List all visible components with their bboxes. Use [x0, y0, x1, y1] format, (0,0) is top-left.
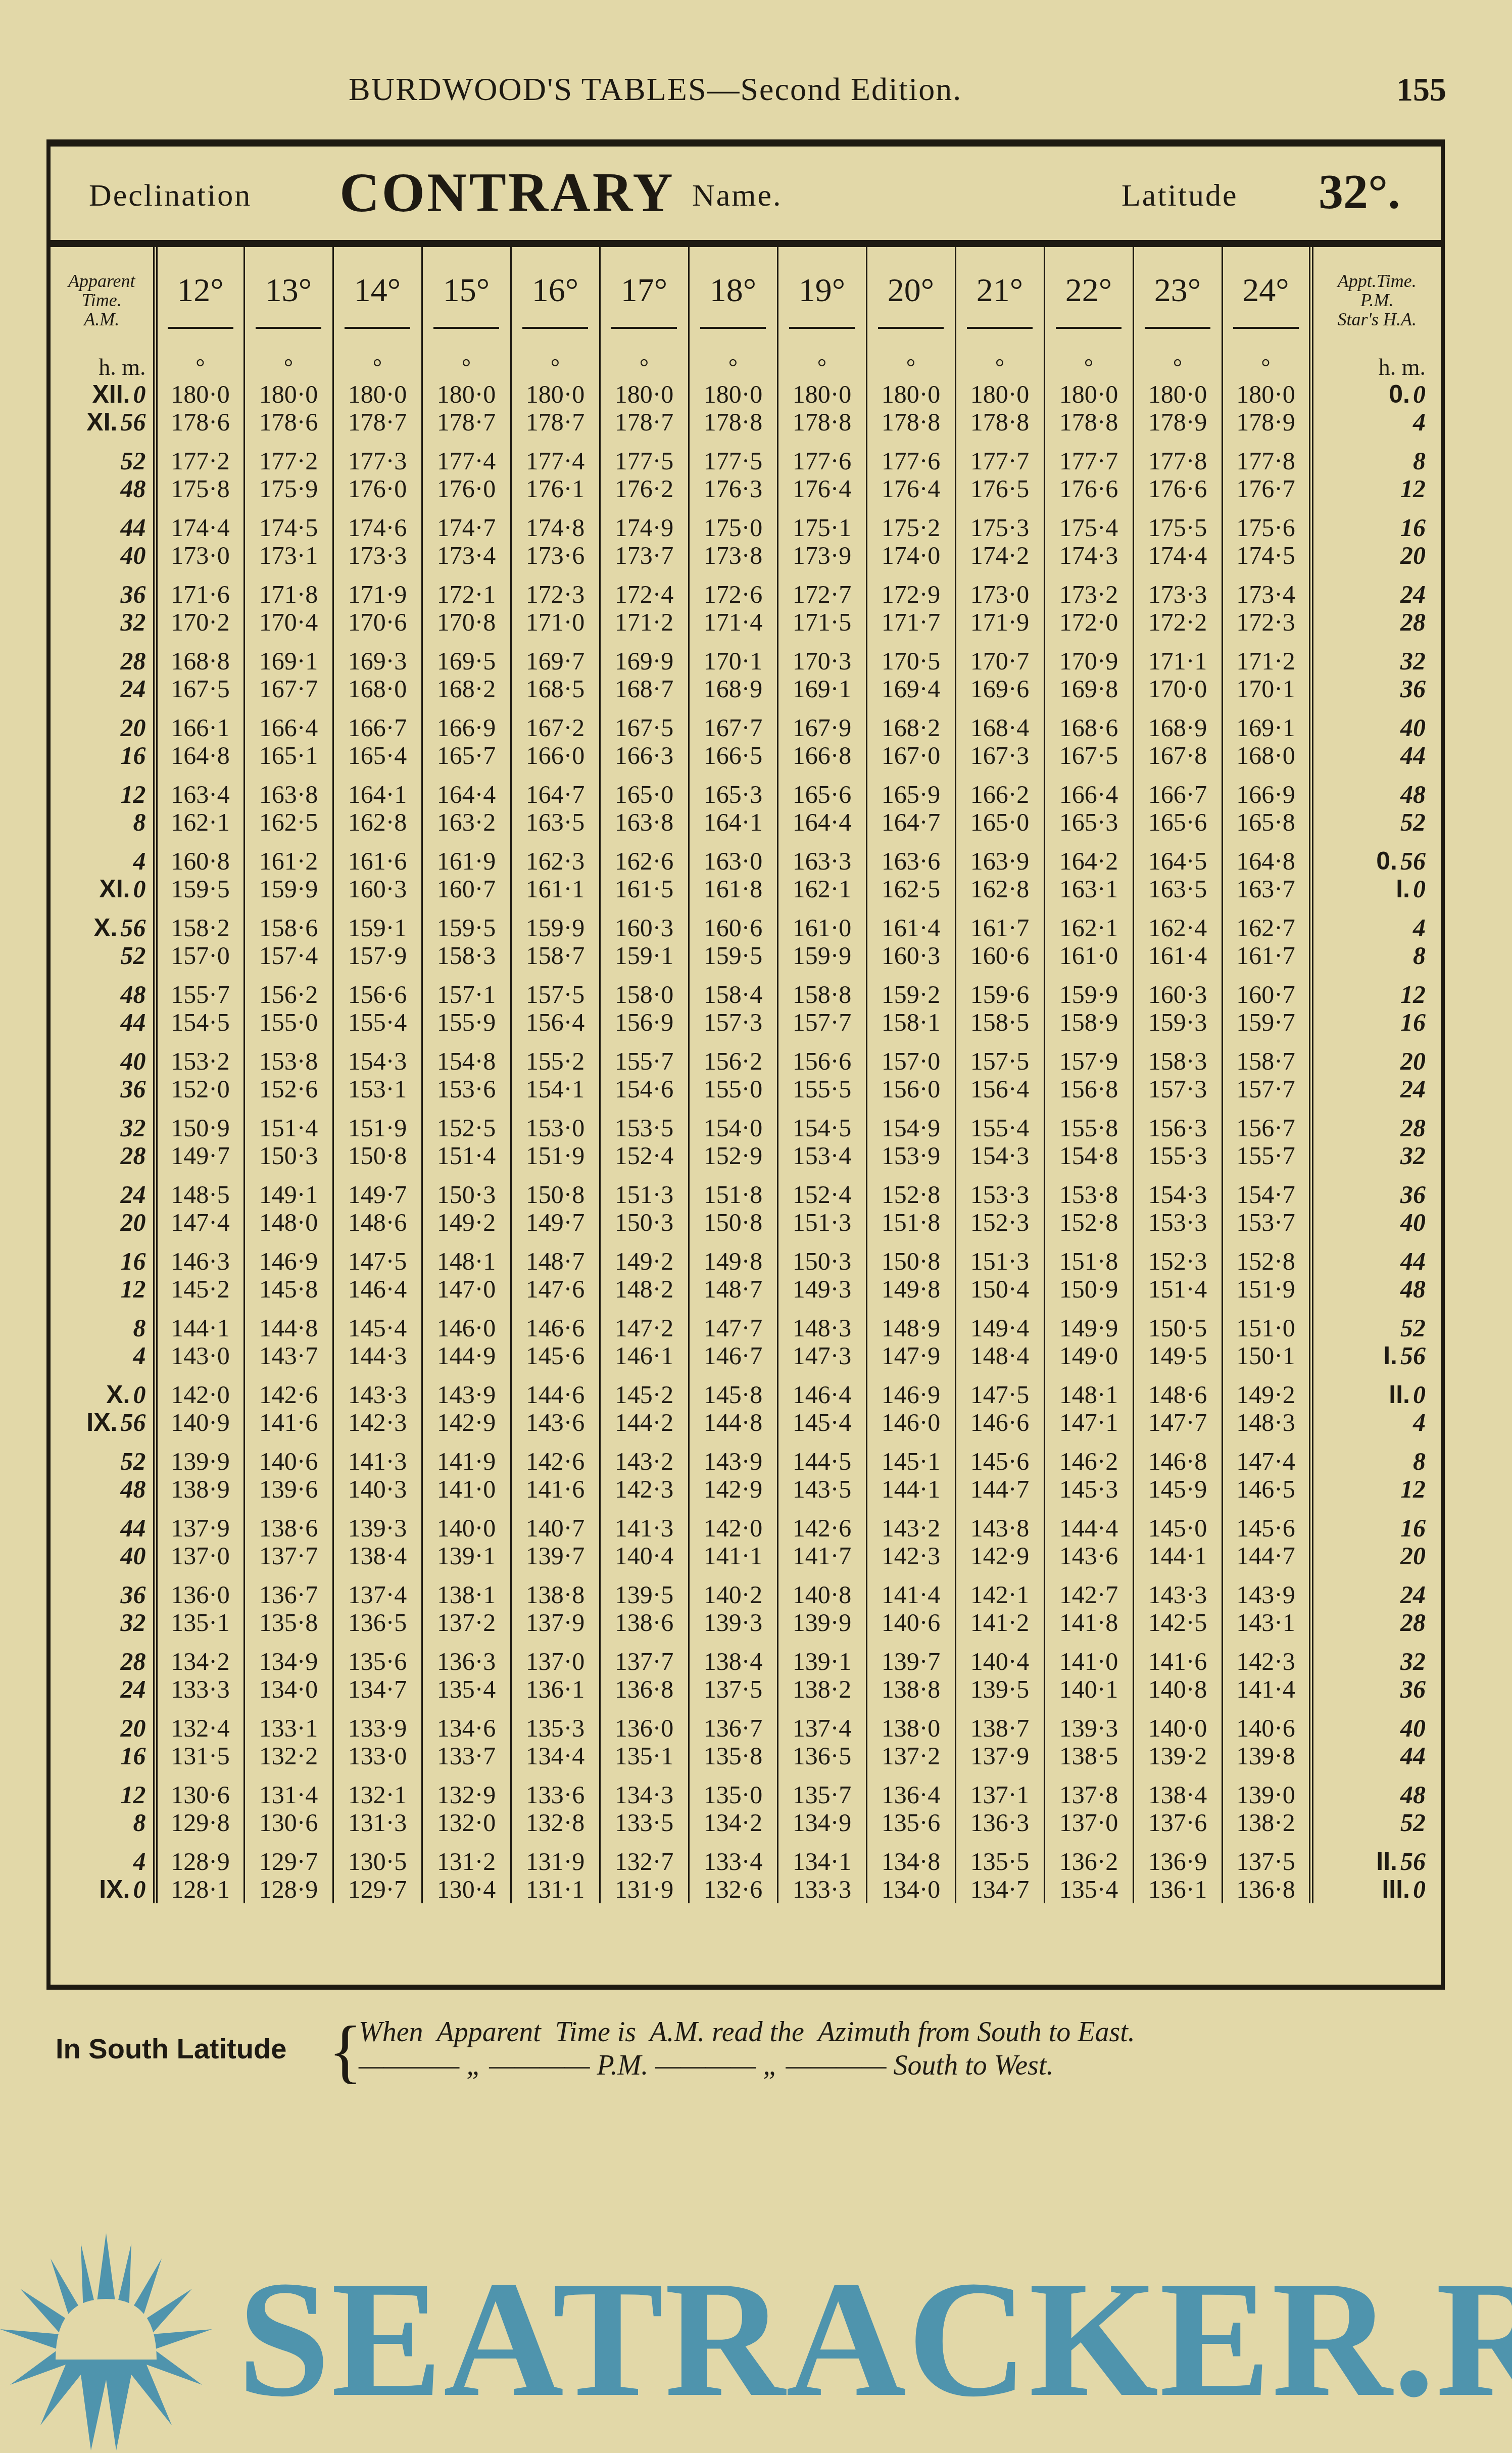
am-minute: 56	[121, 408, 146, 436]
pm-hour: III.	[1382, 1875, 1410, 1903]
azimuth-cell: 149·2	[600, 1236, 689, 1275]
azimuth-cell: 151·0	[1222, 1303, 1311, 1342]
azimuth-cell: 157·3	[689, 1008, 777, 1036]
azimuth-cell: 172·9	[866, 569, 955, 608]
azimuth-cell: 140·3	[333, 1475, 422, 1503]
declination-value: 16°	[532, 272, 578, 309]
declination-name: CONTRARY	[339, 161, 675, 225]
azimuth-cell: 163·2	[422, 808, 511, 836]
am-minute: 16	[121, 741, 146, 769]
azimuth-cell: 176·6	[1044, 475, 1133, 503]
azimuth-cell: 174·6	[333, 503, 422, 542]
pm-minute: 48	[1400, 1781, 1426, 1809]
am-minute: 20	[121, 713, 146, 742]
azimuth-cell: 145·2	[155, 1275, 244, 1303]
azimuth-cell: 136·3	[955, 1809, 1044, 1837]
am-minute: 8	[133, 1808, 146, 1837]
azimuth-cell: 162·5	[866, 875, 955, 903]
am-time-cell: 8	[51, 1303, 155, 1342]
azimuth-cell: 137·9	[511, 1609, 600, 1637]
degree-unit: °	[600, 353, 689, 380]
pm-hour: I.	[1396, 875, 1410, 903]
pm-minute: 0	[1413, 1875, 1426, 1903]
azimuth-cell: 146·9	[866, 1370, 955, 1409]
azimuth-cell: 136·1	[1133, 1875, 1222, 1903]
azimuth-cell: 145·2	[600, 1370, 689, 1409]
am-time-cell: 48	[51, 970, 155, 1008]
azimuth-cell: 178·6	[155, 408, 244, 436]
azimuth-cell: 166·9	[1222, 769, 1311, 808]
azimuth-cell: 133·7	[422, 1742, 511, 1770]
azimuth-cell: 149·2	[422, 1209, 511, 1236]
azimuth-cell: 174·4	[1133, 542, 1222, 569]
footnote-label: In South Latitude	[56, 2032, 286, 2065]
pm-minute: 36	[1400, 1675, 1426, 1703]
azimuth-cell: 177·4	[422, 436, 511, 475]
pm-minute: 40	[1400, 1714, 1426, 1742]
azimuth-cell: 167·7	[689, 703, 777, 742]
azimuth-cell: 144·8	[244, 1303, 333, 1342]
azimuth-cell: 135·8	[244, 1609, 333, 1637]
azimuth-cell: 134·7	[333, 1675, 422, 1703]
table-row: 28168·8169·1169·3169·5169·7169·9170·1170…	[51, 636, 1441, 675]
azimuth-cell: 135·3	[511, 1703, 600, 1742]
azimuth-cell: 139·3	[689, 1609, 777, 1637]
azimuth-cell: 176·0	[333, 475, 422, 503]
azimuth-cell: 173·6	[511, 542, 600, 569]
azimuth-cell: 162·7	[1222, 903, 1311, 942]
azimuth-cell: 151·3	[955, 1236, 1044, 1275]
am-time-cell: 28	[51, 636, 155, 675]
azimuth-cell: 141·1	[689, 1542, 777, 1570]
azimuth-cell: 171·6	[155, 569, 244, 608]
table-row: 36136·0136·7137·4138·1138·8139·5140·2140…	[51, 1570, 1441, 1609]
header-rule	[1145, 327, 1210, 329]
azimuth-cell: 135·4	[1044, 1875, 1133, 1903]
azimuth-cell: 163·8	[244, 769, 333, 808]
pm-hour: 0.	[1389, 380, 1410, 408]
am-time-cell: 44	[51, 1503, 155, 1542]
pm-time-cell: 4	[1311, 903, 1441, 942]
azimuth-cell: 142·7	[1044, 1570, 1133, 1609]
azimuth-cell: 172·7	[777, 569, 866, 608]
azimuth-cell: 131·9	[511, 1837, 600, 1875]
declination-column-header: 12°	[155, 247, 244, 353]
pm-minute: 52	[1400, 1808, 1426, 1837]
azimuth-cell: 171·8	[244, 569, 333, 608]
azimuth-cell: 156·7	[1222, 1103, 1311, 1142]
azimuth-cell: 160·6	[955, 942, 1044, 970]
azimuth-cell: 164·4	[777, 808, 866, 836]
table-row: 8144·1144·8145·4146·0146·6147·2147·7148·…	[51, 1303, 1441, 1342]
azimuth-cell: 168·6	[1044, 703, 1133, 742]
units-row: h. m. °°°°°°°°°°°°°h. m.	[51, 353, 1441, 380]
am-minute: 44	[121, 1008, 146, 1036]
azimuth-cell: 159·1	[333, 903, 422, 942]
am-time-cell: 20	[51, 1209, 155, 1236]
pm-hour: 0.	[1376, 847, 1397, 875]
am-minute: 32	[121, 608, 146, 636]
pm-minute: 12	[1400, 1475, 1426, 1503]
am-minute: 52	[121, 1447, 146, 1475]
table-row: 32135·1135·8136·5137·2137·9138·6139·3139…	[51, 1609, 1441, 1637]
pm-time-cell: 48	[1311, 769, 1441, 808]
azimuth-cell: 150·8	[866, 1236, 955, 1275]
azimuth-cell: 169·1	[244, 636, 333, 675]
azimuth-cell: 134·3	[600, 1770, 689, 1809]
table-row: IX.0128·1128·9129·7130·4131·1131·9132·61…	[51, 1875, 1441, 1903]
header-line: Appt.Time.	[1313, 271, 1441, 291]
azimuth-cell: 178·7	[600, 408, 689, 436]
azimuth-cell: 169·4	[866, 675, 955, 703]
azimuth-cell: 151·4	[1133, 1275, 1222, 1303]
pm-minute: 40	[1400, 1208, 1426, 1236]
azimuth-cell: 141·3	[600, 1503, 689, 1542]
azimuth-cell: 139·1	[777, 1637, 866, 1675]
azimuth-cell: 167·0	[866, 742, 955, 769]
pm-minute: 8	[1413, 941, 1426, 970]
azimuth-cell: 140·8	[1133, 1675, 1222, 1703]
azimuth-cell: 159·5	[155, 875, 244, 903]
header-rule	[256, 327, 321, 329]
am-minute: 4	[133, 847, 146, 875]
azimuth-cell: 147·1	[1044, 1409, 1133, 1436]
azimuth-cell: 139·6	[244, 1475, 333, 1503]
degree-unit: °	[1222, 353, 1311, 380]
azimuth-cell: 170·4	[244, 608, 333, 636]
azimuth-cell: 169·1	[1222, 703, 1311, 742]
header-line: Time.	[51, 291, 153, 310]
azimuth-cell: 177·2	[244, 436, 333, 475]
azimuth-cell: 140·4	[955, 1637, 1044, 1675]
pm-minute: 20	[1400, 541, 1426, 569]
azimuth-cell: 152·9	[689, 1142, 777, 1170]
azimuth-cell: 139·3	[1044, 1703, 1133, 1742]
azimuth-cell: 137·4	[777, 1703, 866, 1742]
am-time-cell: 36	[51, 1570, 155, 1609]
azimuth-cell: 144·5	[777, 1436, 866, 1475]
pm-time-cell: II.0	[1311, 1370, 1441, 1409]
azimuth-cell: 178·7	[511, 408, 600, 436]
azimuth-cell: 153·5	[600, 1103, 689, 1142]
azimuth-cell: 158·4	[689, 970, 777, 1008]
azimuth-cell: 136·1	[511, 1675, 600, 1703]
azimuth-cell: 159·9	[1044, 970, 1133, 1008]
azimuth-cell: 168·9	[1133, 703, 1222, 742]
latitude-label: Latitude	[1121, 178, 1238, 214]
azimuth-cell: 156·4	[511, 1008, 600, 1036]
pm-minute: 52	[1400, 1314, 1426, 1342]
am-time-cell: IX.0	[51, 1875, 155, 1903]
azimuth-cell: 178·8	[777, 408, 866, 436]
azimuth-cell: 163·4	[155, 769, 244, 808]
azimuth-cell: 171·5	[777, 608, 866, 636]
azimuth-cell: 158·3	[1133, 1036, 1222, 1075]
pm-minute: 24	[1400, 1075, 1426, 1103]
azimuth-cell: 140·6	[244, 1436, 333, 1475]
pm-minute: 12	[1400, 474, 1426, 503]
azimuth-cell: 138·6	[600, 1609, 689, 1637]
azimuth-cell: 178·6	[244, 408, 333, 436]
azimuth-cell: 180·0	[600, 380, 689, 408]
pm-minute: 44	[1400, 741, 1426, 769]
azimuth-cell: 154·3	[333, 1036, 422, 1075]
table-row: 20166·1166·4166·7166·9167·2167·5167·7167…	[51, 703, 1441, 742]
azimuth-cell: 168·7	[600, 675, 689, 703]
azimuth-cell: 180·0	[1044, 380, 1133, 408]
pm-time-cell: II.56	[1311, 1837, 1441, 1875]
azimuth-cell: 145·8	[244, 1275, 333, 1303]
azimuth-cell: 146·5	[1222, 1475, 1311, 1503]
footnote-line-pm: ———— „ ———— P.M. ———— „ ———— South to We…	[359, 2049, 1053, 2082]
azimuth-cell: 133·5	[600, 1809, 689, 1837]
azimuth-cell: 162·8	[955, 875, 1044, 903]
azimuth-cell: 147·7	[689, 1303, 777, 1342]
azimuth-cell: 142·9	[955, 1542, 1044, 1570]
am-time-cell: 40	[51, 1036, 155, 1075]
am-time-cell: 48	[51, 1475, 155, 1503]
azimuth-cell: 131·9	[600, 1875, 689, 1903]
azimuth-cell: 173·1	[244, 542, 333, 569]
azimuth-cell: 162·6	[600, 836, 689, 875]
azimuth-cell: 173·0	[955, 569, 1044, 608]
am-time-cell: 52	[51, 436, 155, 475]
am-minute: 16	[121, 1247, 146, 1275]
azimuth-cell: 159·3	[1133, 1008, 1222, 1036]
azimuth-cell: 146·0	[866, 1409, 955, 1436]
azimuth-cell: 156·2	[689, 1036, 777, 1075]
azimuth-cell: 145·4	[333, 1303, 422, 1342]
azimuth-cell: 139·5	[955, 1675, 1044, 1703]
azimuth-cell: 152·8	[1044, 1209, 1133, 1236]
azimuth-cell: 144·7	[1222, 1542, 1311, 1570]
azimuth-cell: 164·8	[1222, 836, 1311, 875]
azimuth-cell: 143·2	[866, 1503, 955, 1542]
azimuth-cell: 164·4	[422, 769, 511, 808]
azimuth-cell: 168·5	[511, 675, 600, 703]
pm-hour: II.	[1376, 1847, 1397, 1875]
azimuth-cell: 144·8	[689, 1409, 777, 1436]
azimuth-cell: 138·2	[1222, 1809, 1311, 1837]
pm-time-cell: III.0	[1311, 1875, 1441, 1903]
azimuth-cell: 141·4	[866, 1570, 955, 1609]
table-row: 40153·2153·8154·3154·8155·2155·7156·2156…	[51, 1036, 1441, 1075]
azimuth-cell: 143·0	[155, 1342, 244, 1370]
azimuth-cell: 177·4	[511, 436, 600, 475]
pm-minute: 4	[1413, 408, 1426, 436]
azimuth-cell: 130·5	[333, 1837, 422, 1875]
azimuth-cell: 151·4	[244, 1103, 333, 1142]
azimuth-cell: 146·4	[333, 1275, 422, 1303]
running-title: BURDWOOD'S TABLES—Second Edition.	[349, 71, 962, 108]
am-time-cell: 44	[51, 503, 155, 542]
azimuth-cell: 175·8	[155, 475, 244, 503]
azimuth-cell: 160·3	[600, 903, 689, 942]
azimuth-cell: 151·9	[511, 1142, 600, 1170]
header-line: P.M.	[1313, 291, 1441, 310]
azimuth-cell: 154·0	[689, 1103, 777, 1142]
azimuth-cell: 158·1	[866, 1008, 955, 1036]
azimuth-cell: 161·2	[244, 836, 333, 875]
am-minute: 12	[121, 780, 146, 808]
pm-time-cell: 12	[1311, 475, 1441, 503]
azimuth-cell: 134·0	[244, 1675, 333, 1703]
azimuth-cell: 150·8	[333, 1142, 422, 1170]
pm-minute: 0	[1413, 875, 1426, 903]
azimuth-cell: 139·7	[866, 1637, 955, 1675]
table-row: 28149·7150·3150·8151·4151·9152·4152·9153…	[51, 1142, 1441, 1170]
azimuth-cell: 141·7	[777, 1542, 866, 1570]
azimuth-cell: 143·6	[511, 1409, 600, 1436]
azimuth-cell: 138·4	[1133, 1770, 1222, 1809]
azimuth-cell: 153·3	[1133, 1209, 1222, 1236]
azimuth-cell: 180·0	[333, 380, 422, 408]
table-row: 12130·6131·4132·1132·9133·6134·3135·0135…	[51, 1770, 1441, 1809]
azimuth-cell: 160·8	[155, 836, 244, 875]
azimuth-cell: 143·9	[1222, 1570, 1311, 1609]
azimuth-cell: 156·2	[244, 970, 333, 1008]
azimuth-cell: 134·6	[422, 1703, 511, 1742]
am-time-cell: XI.56	[51, 408, 155, 436]
azimuth-cell: 133·9	[333, 1703, 422, 1742]
azimuth-cell: 170·0	[1133, 675, 1222, 703]
azimuth-cell: 141·0	[422, 1475, 511, 1503]
azimuth-cell: 169·7	[511, 636, 600, 675]
azimuth-cell: 150·3	[244, 1142, 333, 1170]
azimuth-cell: 148·0	[244, 1209, 333, 1236]
table-title-band: Declination CONTRARY Name. Latitude 32°.	[51, 147, 1441, 247]
footnote-line-am: When Apparent Time is A.M. read the Azim…	[359, 2016, 1135, 2048]
azimuth-cell: 177·7	[955, 436, 1044, 475]
pm-time-cell: 20	[1311, 1036, 1441, 1075]
azimuth-cell: 150·3	[600, 1209, 689, 1236]
azimuth-cell: 143·6	[1044, 1542, 1133, 1570]
am-time-cell: XI.0	[51, 875, 155, 903]
degree-unit: °	[511, 353, 600, 380]
azimuth-cell: 129·7	[244, 1837, 333, 1875]
azimuth-cell: 180·0	[777, 380, 866, 408]
azimuth-cell: 150·1	[1222, 1342, 1311, 1370]
table-row: 32150·9151·4151·9152·5153·0153·5154·0154…	[51, 1103, 1441, 1142]
azimuth-cell: 144·9	[422, 1342, 511, 1370]
pm-time-cell: 44	[1311, 1742, 1441, 1770]
am-time-cell: 44	[51, 1008, 155, 1036]
table-row: 16164·8165·1165·4165·7166·0166·3166·5166…	[51, 742, 1441, 769]
azimuth-cell: 166·4	[244, 703, 333, 742]
azimuth-cell: 148·7	[511, 1236, 600, 1275]
declination-value: 13°	[265, 272, 312, 309]
azimuth-cell: 134·2	[689, 1809, 777, 1837]
azimuth-cell: 154·1	[511, 1075, 600, 1103]
am-time-cell: 20	[51, 1703, 155, 1742]
azimuth-cell: 133·1	[244, 1703, 333, 1742]
am-time-cell: 48	[51, 475, 155, 503]
azimuth-cell: 166·4	[1044, 769, 1133, 808]
azimuth-cell: 147·6	[511, 1275, 600, 1303]
azimuth-cell: 176·1	[511, 475, 600, 503]
pm-minute: 4	[1413, 1408, 1426, 1436]
azimuth-cell: 128·9	[155, 1837, 244, 1875]
running-head: BURDWOOD'S TABLES—Second Edition. 155	[0, 71, 1512, 116]
azimuth-cell: 147·5	[333, 1236, 422, 1275]
azimuth-cell: 134·8	[866, 1837, 955, 1875]
azimuth-cell: 137·9	[955, 1742, 1044, 1770]
am-minute: 28	[121, 1647, 146, 1675]
azimuth-cell: 148·1	[1044, 1370, 1133, 1409]
azimuth-cell: 174·5	[1222, 542, 1311, 569]
azimuth-cell: 163·0	[689, 836, 777, 875]
azimuth-cell: 148·1	[422, 1236, 511, 1275]
azimuth-cell: 135·8	[689, 1742, 777, 1770]
am-time-cell: 24	[51, 1170, 155, 1209]
azimuth-cell: 178·8	[1044, 408, 1133, 436]
am-minute: 12	[121, 1781, 146, 1809]
azimuth-cell: 165·9	[866, 769, 955, 808]
azimuth-cell: 147·4	[1222, 1436, 1311, 1475]
degree-unit: °	[777, 353, 866, 380]
pm-time-cell: 28	[1311, 1609, 1441, 1637]
azimuth-cell: 169·9	[600, 636, 689, 675]
azimuth-cell: 156·6	[333, 970, 422, 1008]
azimuth-cell: 175·9	[244, 475, 333, 503]
am-time-cell: 28	[51, 1637, 155, 1675]
am-minute: 28	[121, 1141, 146, 1170]
am-minute: 0	[133, 380, 146, 408]
azimuth-cell: 142·0	[155, 1370, 244, 1409]
am-time-cell: 8	[51, 808, 155, 836]
azimuth-cell: 132·7	[600, 1837, 689, 1875]
azimuth-cell: 169·1	[777, 675, 866, 703]
declination-value: 15°	[443, 272, 490, 309]
pm-time-cell: 28	[1311, 608, 1441, 636]
azimuth-cell: 166·7	[1133, 769, 1222, 808]
azimuth-cell: 148·3	[777, 1303, 866, 1342]
azimuth-cell: 168·8	[155, 636, 244, 675]
azimuth-cell: 144·1	[1133, 1542, 1222, 1570]
azimuth-cell: 134·7	[955, 1875, 1044, 1903]
azimuth-cell: 150·3	[422, 1170, 511, 1209]
azimuth-cell: 158·8	[777, 970, 866, 1008]
watermark: SEATRACKER.RU	[0, 2233, 1512, 2453]
azimuth-cell: 163·1	[1044, 875, 1133, 903]
pm-time-cell: 24	[1311, 1075, 1441, 1103]
declination-value: 18°	[710, 272, 756, 309]
azimuth-cell: 139·5	[600, 1570, 689, 1609]
azimuth-cell: 170·1	[1222, 675, 1311, 703]
azimuth-cell: 166·3	[600, 742, 689, 769]
azimuth-cell: 155·8	[1044, 1103, 1133, 1142]
declination-value: 22°	[1065, 272, 1112, 309]
azimuth-cell: 155·5	[777, 1075, 866, 1103]
azimuth-cell: 157·9	[333, 942, 422, 970]
am-time-cell: 4	[51, 836, 155, 875]
azimuth-cell: 140·6	[1222, 1703, 1311, 1742]
table-row: 44174·4174·5174·6174·7174·8174·9175·0175…	[51, 503, 1441, 542]
pm-minute: 16	[1400, 1008, 1426, 1036]
table-row: 44137·9138·6139·3140·0140·7141·3142·0142…	[51, 1503, 1441, 1542]
azimuth-cell: 131·5	[155, 1742, 244, 1770]
azimuth-cell: 157·1	[422, 970, 511, 1008]
azimuth-cell: 180·0	[244, 380, 333, 408]
pm-minute: 16	[1400, 513, 1426, 542]
apparent-time-pm-header: Appt.Time.P.M.Star's H.A.	[1311, 247, 1441, 353]
am-time-cell: 16	[51, 1742, 155, 1770]
azimuth-cell: 163·9	[955, 836, 1044, 875]
pm-time-cell: 4	[1311, 408, 1441, 436]
azimuth-cell: 164·1	[333, 769, 422, 808]
azimuth-cell: 180·0	[1133, 380, 1222, 408]
declination-column-header: 24°	[1222, 247, 1311, 353]
